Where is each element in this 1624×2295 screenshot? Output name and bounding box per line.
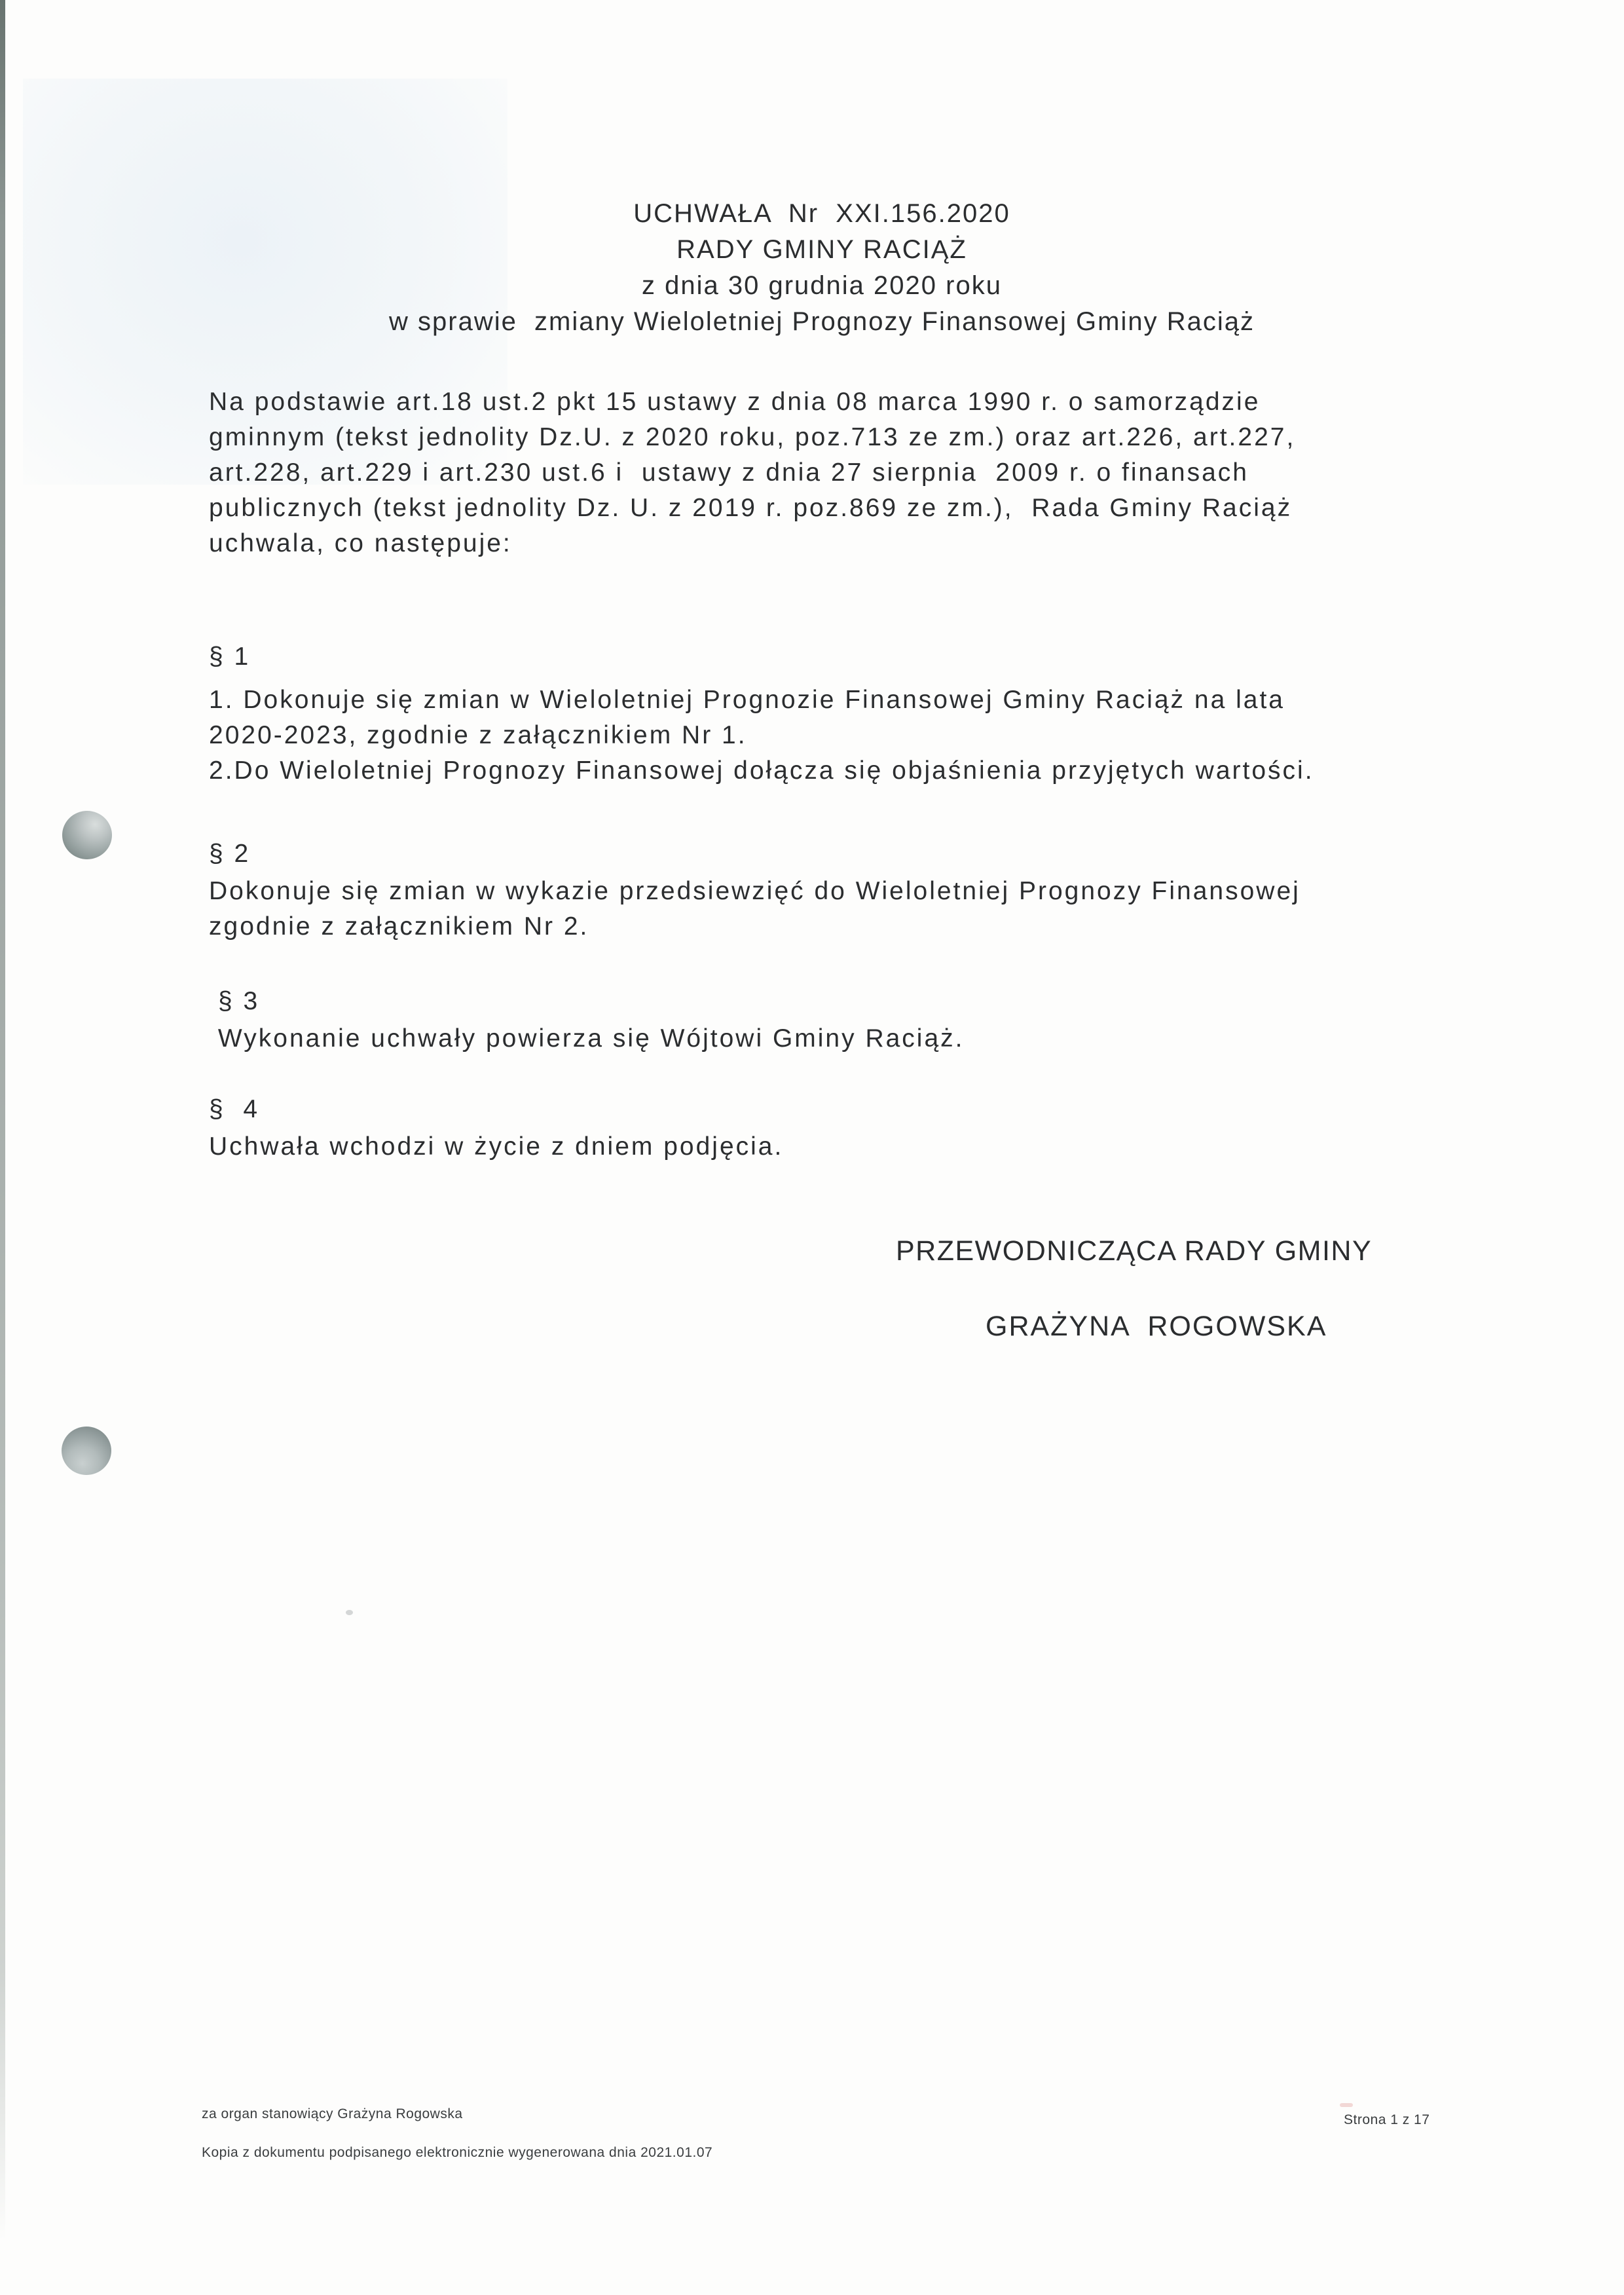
section-4-heading: § 4	[209, 1096, 259, 1124]
footer-copy-note: Kopia z dokumentu podpisanego elektronic…	[202, 2145, 712, 2160]
preamble-line: uchwala, co następuje:	[209, 530, 512, 558]
section-1-line: 2.Do Wieloletniej Prognozy Finansowej do…	[209, 757, 1314, 785]
section-1-line: 2020-2023, zgodnie z załącznikiem Nr 1.	[209, 722, 747, 750]
preamble-line: art.228, art.229 i art.230 ust.6 i ustaw…	[209, 459, 1249, 487]
doc-title-date: z dnia 30 grudnia 2020 roku	[20, 271, 1624, 300]
section-3-line: Wykonanie uchwały powierza się Wójtowi G…	[209, 1025, 965, 1053]
scanned-document-page: UCHWAŁA Nr XXI.156.2020 RADY GMINY RACIĄ…	[0, 0, 1624, 2295]
section-1-line: 1. Dokonuje się zmian w Wieloletniej Pro…	[209, 686, 1285, 715]
preamble-line: Na podstawie art.18 ust.2 pkt 15 ustawy …	[209, 388, 1260, 417]
scan-left-edge	[0, 0, 5, 2240]
doc-title-number: UCHWAŁA Nr XXI.156.2020	[20, 199, 1624, 228]
scan-artifact-pink	[1340, 2103, 1353, 2107]
signature-role: PRZEWODNICZĄCA RADY GMINY	[896, 1236, 1372, 1267]
punch-hole-top	[62, 811, 112, 859]
section-2-line: Dokonuje się zmian w wykazie przedsiewzi…	[209, 878, 1301, 906]
section-4-line: Uchwała wchodzi w życie z dniem podjęcia…	[209, 1133, 783, 1161]
section-1-heading: § 1	[209, 643, 250, 671]
doc-title-authority: RADY GMINY RACIĄŻ	[20, 235, 1624, 264]
section-3-heading: § 3	[218, 988, 259, 1016]
signature-name: GRAŻYNA ROGOWSKA	[986, 1311, 1327, 1342]
footer-signing-authority: za organ stanowiący Grażyna Rogowska	[202, 2106, 463, 2121]
punch-hole-bottom	[62, 1427, 111, 1475]
scan-speck	[346, 1610, 353, 1615]
preamble-line: publicznych (tekst jednolity Dz. U. z 20…	[209, 494, 1292, 523]
section-2-heading: § 2	[209, 840, 250, 868]
footer-page-indicator: Strona 1 z 17	[1344, 2112, 1430, 2127]
preamble-line: gminnym (tekst jednolity Dz.U. z 2020 ro…	[209, 424, 1295, 452]
doc-title-subject: w sprawie zmiany Wieloletniej Prognozy F…	[20, 307, 1624, 336]
section-2-line: zgodnie z załącznikiem Nr 2.	[209, 913, 589, 941]
